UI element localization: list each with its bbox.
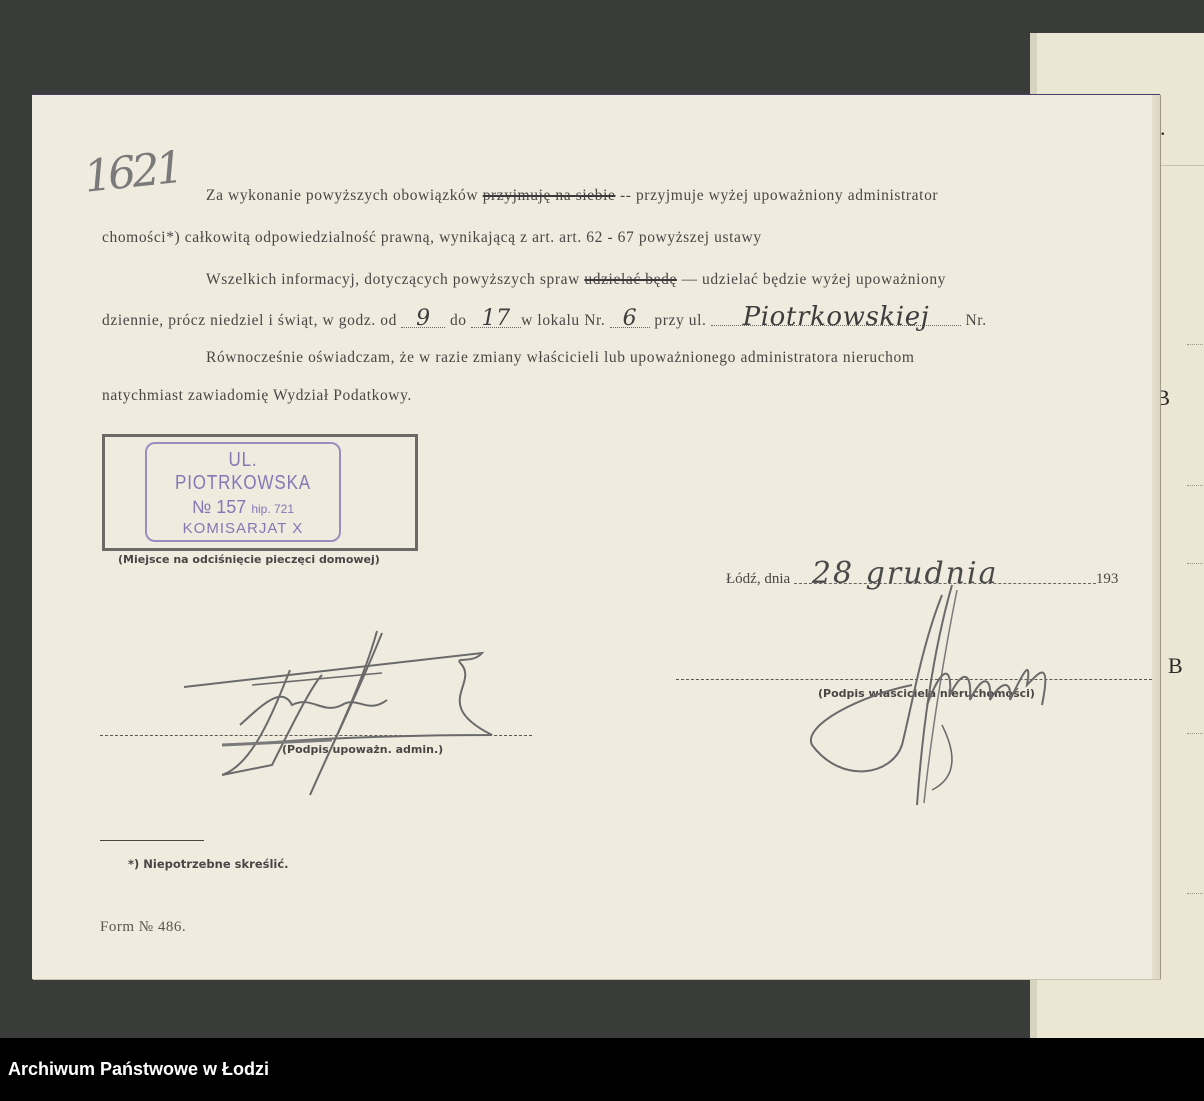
form-number: Form № 486.: [100, 919, 186, 936]
to-hour-field: 17: [471, 311, 521, 328]
paragraph-2-line-2: dziennie, prócz niedziel i świąt, w godz…: [102, 309, 987, 330]
back-sheet-dots: [1187, 563, 1204, 564]
stamp-street: UL. PIOTRKOWSKA: [161, 449, 324, 495]
paragraph-1-line-1: Za wykonanie powyższych obowiązków przyj…: [206, 187, 938, 205]
locale-number-field: 6: [610, 311, 650, 328]
stamp-precinct: KOMISARJAT X: [147, 520, 339, 537]
paragraph-1-line-2: chomości*) całkowitą odpowiedzialność pr…: [102, 229, 762, 247]
stamp-mortgage-number: hip. 721: [251, 502, 294, 516]
owner-signature-icon: [802, 575, 1102, 805]
scan-background: 9. ). B . B 1621 Za wykonanie powyższych…: [0, 0, 1204, 1038]
hours-label: dziennie, prócz niedziel i świąt, w godz…: [102, 312, 397, 329]
struck-text: udzielać będę: [584, 271, 677, 288]
archive-number: 1621: [82, 142, 183, 203]
form-sheet: 1621 Za wykonanie powyższych obowiązków …: [32, 94, 1160, 979]
paragraph-1-rest: -- przyjmuje wyżej upoważniony administr…: [620, 187, 938, 204]
footnote: *) Niepotrzebne skreślić.: [128, 857, 289, 871]
paragraph-2-line-1: Wszelkich informacyj, dotyczących powyżs…: [206, 271, 946, 289]
stamp-box: UL. PIOTRKOWSKA № 157 hip. 721 KOMISARJA…: [102, 434, 418, 551]
paragraph-2-rest: — udzielać będzie wyżej upoważniony: [681, 271, 946, 288]
street-name-field: Piotrkowskiej: [711, 309, 961, 326]
locale-label: w lokalu Nr.: [521, 312, 605, 329]
back-sheet-rule: [1157, 165, 1204, 166]
stamp-caption: (Miejsce na odciśnięcie pieczęci domowej…: [118, 553, 380, 566]
footnote-divider: [100, 840, 204, 841]
admin-signature-icon: [182, 625, 502, 805]
back-sheet-dots: [1187, 733, 1204, 734]
back-sheet-dots: [1187, 893, 1204, 894]
street-label: przy ul.: [654, 312, 706, 329]
from-hour-field: 9: [401, 311, 445, 328]
paragraph-1-intro: Za wykonanie powyższych obowiązków: [206, 187, 478, 204]
stamp-house-number: № 157: [192, 497, 246, 517]
back-sheet-dots: [1187, 485, 1204, 486]
paragraph-2-intro: Wszelkich informacyj, dotyczących powyżs…: [206, 271, 580, 288]
paragraph-3-line-1: Równocześnie oświadczam, że w razie zmia…: [206, 349, 915, 367]
to-label: do: [450, 312, 467, 329]
archive-institution-label: Archiwum Państwowe w Łodzi: [8, 1059, 269, 1080]
stamp-number: № 157 hip. 721: [147, 497, 339, 518]
back-sheet-dots: [1187, 344, 1204, 345]
date-label: Łódź, dnia: [726, 571, 790, 587]
paragraph-3-line-2: natychmiast zawiadomię Wydział Podatkowy…: [102, 387, 412, 405]
struck-text: przyjmuję na siebie: [483, 187, 616, 204]
sheet-edge: [1152, 95, 1161, 979]
nr-label: Nr.: [966, 312, 987, 329]
house-stamp: UL. PIOTRKOWSKA № 157 hip. 721 KOMISARJA…: [145, 442, 341, 542]
